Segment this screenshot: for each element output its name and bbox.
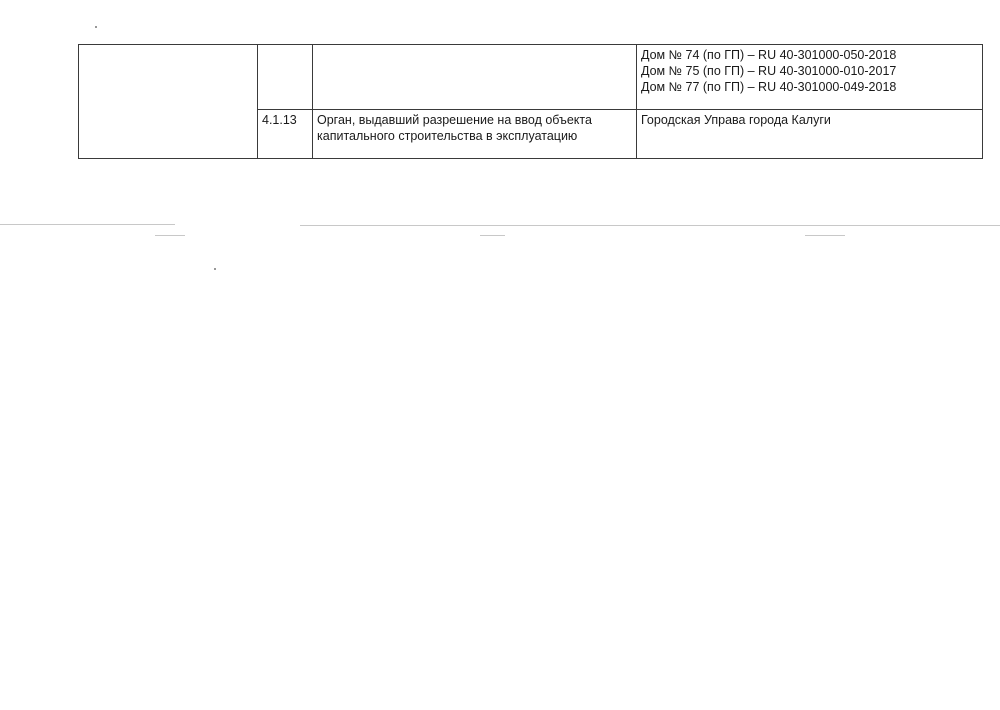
label-line: капитального строительства в эксплуатаци… bbox=[317, 128, 632, 144]
table-row: Дом № 74 (по ГП) – RU 40-301000-050-2018… bbox=[79, 45, 983, 110]
permit-line-75: Дом № 75 (по ГП) – RU 40-301000-010-2017 bbox=[641, 63, 978, 79]
scan-artifact bbox=[0, 224, 175, 225]
item-value-cell: Дом № 74 (по ГП) – RU 40-301000-050-2018… bbox=[637, 45, 983, 110]
scan-artifact bbox=[480, 235, 505, 236]
item-value-cell: Городская Управа города Калуги bbox=[637, 110, 983, 159]
scan-artifact bbox=[300, 225, 1000, 226]
scan-dot bbox=[214, 268, 216, 270]
item-number-cell bbox=[258, 45, 313, 110]
scan-artifact bbox=[155, 235, 185, 236]
item-label-cell bbox=[313, 45, 637, 110]
item-label-cell: Орган, выдавший разрешение на ввод объек… bbox=[313, 110, 637, 159]
scan-artifact bbox=[805, 235, 845, 236]
document-table: Дом № 74 (по ГП) – RU 40-301000-050-2018… bbox=[78, 44, 983, 159]
scan-dot bbox=[95, 26, 97, 28]
permit-line-77: Дом № 77 (по ГП) – RU 40-301000-049-2018 bbox=[641, 79, 978, 95]
section-cell bbox=[79, 45, 258, 159]
permit-line-74: Дом № 74 (по ГП) – RU 40-301000-050-2018 bbox=[641, 47, 978, 63]
item-number-cell: 4.1.13 bbox=[258, 110, 313, 159]
label-line: Орган, выдавший разрешение на ввод объек… bbox=[317, 112, 632, 128]
issuing-authority: Городская Управа города Калуги bbox=[641, 112, 978, 128]
